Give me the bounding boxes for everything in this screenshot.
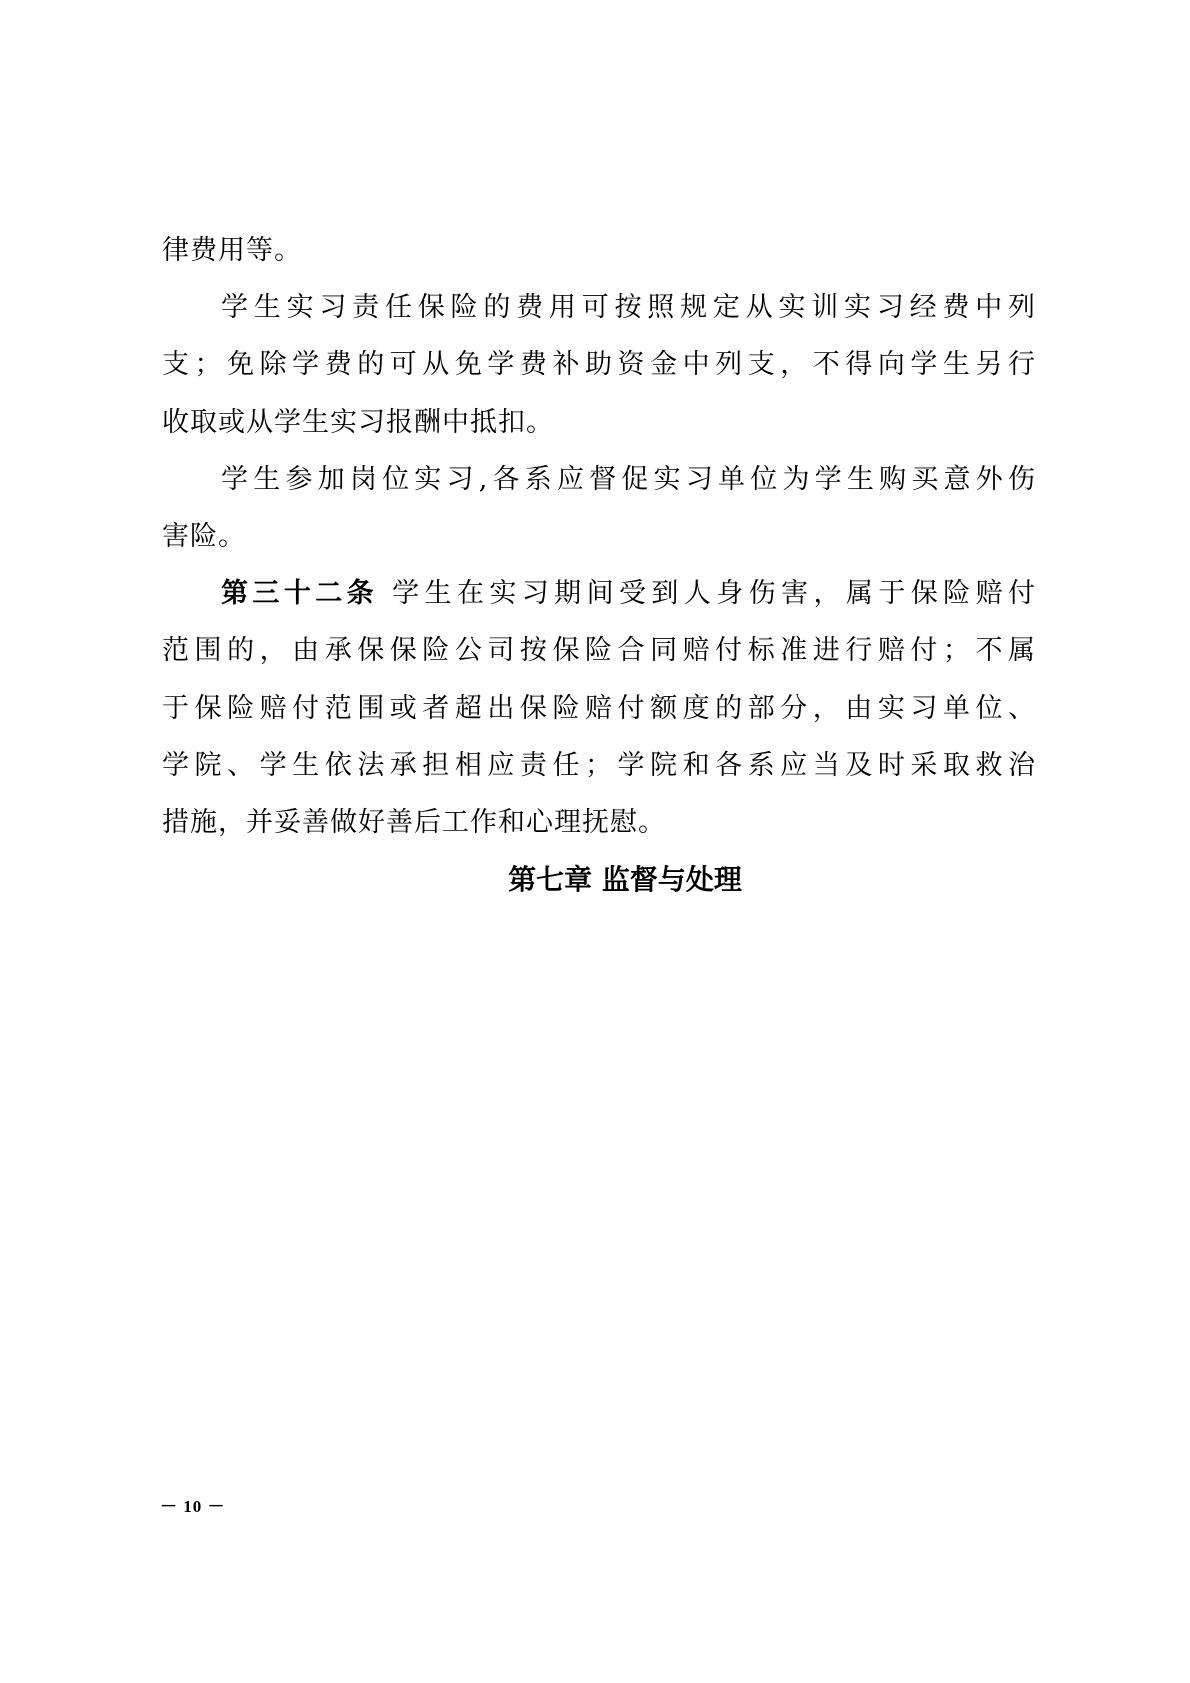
chapter-heading: 第七章 监督与处理 — [162, 851, 1036, 908]
document-page: 律费用等。 学生实习责任保险的费用可按照规定从实训实习经费中列 支；免除学费的可… — [0, 0, 1190, 1683]
page-number: － 10 － — [160, 1492, 226, 1517]
paragraph-line: 于保险赔付范围或者超出保险赔付额度的部分，由实习单位、 — [162, 680, 1036, 737]
paragraph-line: 律费用等。 — [162, 222, 1036, 279]
paragraph-line: 收取或从学生实习报酬中抵扣。 — [162, 394, 1036, 451]
paragraph-line: 学院、学生依法承担相应责任；学院和各系应当及时采取救治 — [162, 737, 1036, 794]
paragraph-line: 支；免除学费的可从免学费补助资金中列支，不得向学生另行 — [162, 336, 1036, 393]
paragraph-line: 措施，并妥善做好善后工作和心理抚慰。 — [162, 794, 1036, 851]
body-text: 律费用等。 学生实习责任保险的费用可按照规定从实训实习经费中列 支；免除学费的可… — [162, 222, 1036, 908]
article-text: 学生在实习期间受到人身伤害，属于保险赔付 — [378, 578, 1036, 609]
paragraph-line: 范围的，由承保保险公司按保险合同赔付标准进行赔付；不属 — [162, 622, 1036, 679]
article-line: 第三十二条 学生在实习期间受到人身伤害，属于保险赔付 — [162, 565, 1036, 622]
paragraph-line: 学生实习责任保险的费用可按照规定从实训实习经费中列 — [162, 279, 1036, 336]
paragraph-line: 害险。 — [162, 508, 1036, 565]
article-label: 第三十二条 — [221, 578, 378, 609]
paragraph-line: 学生参加岗位实习,各系应督促实习单位为学生购买意外伤 — [162, 451, 1036, 508]
